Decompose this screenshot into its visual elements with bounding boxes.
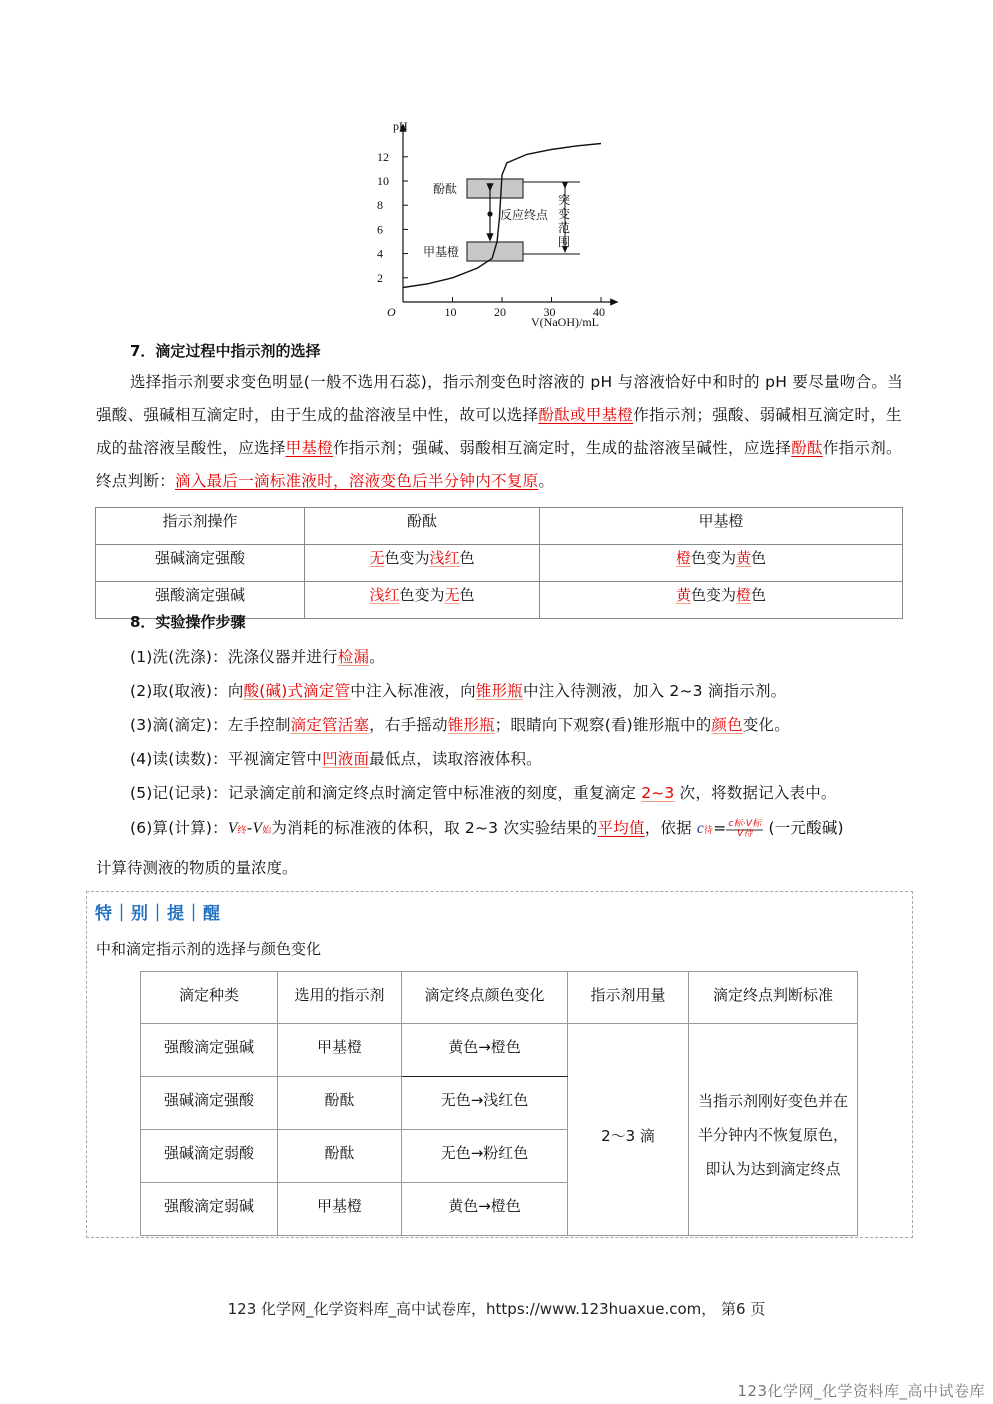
highlighted-text: 滴定管活塞 (291, 716, 370, 734)
special-reminder-title: 特｜别｜提｜醒 (95, 899, 221, 924)
table-header-cell: 滴定终点颜色变化 (402, 972, 568, 1024)
step-6: (6)算(计算)：V终-V始为消耗的标准液的体积，取 2~3 次实验结果的平均值… (130, 816, 844, 839)
step-3: (3)滴(滴定)：左手控制滴定管活塞，右手摇动锥形瓶；眼睛向下观察(看)锥形瓶中… (130, 713, 790, 735)
section-7-heading: 7．滴定过程中指示剂的选择 (130, 340, 320, 361)
highlighted-text: 凹液面 (322, 750, 369, 768)
phenolphthalein-range-box (467, 179, 523, 198)
step-1: (1)洗(洗涤)：洗涤仪器并进行检漏。 (130, 645, 385, 667)
svg-text:10: 10 (445, 305, 457, 319)
highlighted-text: 甲基橙 (286, 439, 333, 457)
color-change-cell: 无色→粉红色 (402, 1130, 568, 1183)
table-header-cell: 选用的指示剂 (278, 972, 402, 1024)
step-4: (4)读(读数)：平视滴定管中凹液面最低点，读取溶液体积。 (130, 747, 542, 769)
operation-cell: 强碱滴定强酸 (96, 545, 305, 582)
indicator-cell: 酚酞 (278, 1130, 402, 1183)
highlighted-text: 锥形瓶 (448, 716, 495, 734)
indicator-selection-table: 滴定种类 选用的指示剂 滴定终点颜色变化 指示剂用量 滴定终点判断标准 强酸滴定… (140, 971, 858, 1236)
svg-text:2: 2 (377, 271, 383, 285)
criterion-cell: 当指示剂刚好变色并在半分钟内不恢复原色，即认为达到滴定终点 (689, 1024, 858, 1236)
table-header-row: 滴定种类 选用的指示剂 滴定终点颜色变化 指示剂用量 滴定终点判断标准 (141, 972, 858, 1024)
titration-curve-chart: 24681012 O10203040 pH V(NaOH)/mL 酚酞甲基橙反应… (365, 112, 620, 330)
titration-type-cell: 强酸滴定强碱 (141, 1024, 278, 1077)
highlight-average: 平均值 (598, 819, 645, 837)
svg-text:4: 4 (377, 247, 383, 261)
step-5: (5)记(记录)：记录滴定前和滴定终点时滴定管中标准液的刻度，重复滴定 2~3 … (130, 781, 837, 803)
titration-type-cell: 强碱滴定弱酸 (141, 1130, 278, 1183)
svg-text:酚酞: 酚酞 (433, 181, 457, 196)
watermark: 123化学网_化学资料库_高中试卷库 (737, 1380, 985, 1401)
svg-text:6: 6 (377, 222, 383, 236)
highlighted-text: 浅红 (369, 586, 399, 604)
x-axis-label: V(NaOH)/mL (531, 315, 599, 329)
indicator-color-table: 指示剂操作 酚酞 甲基橙 强碱滴定强酸 无色变为浅红色 橙色变为黄色 强酸滴定强… (95, 507, 903, 619)
page-footer: 123 化学网_化学资料库_高中试卷库，https://www.123huaxu… (0, 1298, 993, 1319)
svg-text:10: 10 (377, 174, 389, 188)
svg-text:12: 12 (377, 150, 389, 164)
indicator-cell: 甲基橙 (278, 1183, 402, 1236)
svg-text:范: 范 (558, 221, 570, 235)
table-row: 强碱滴定强酸 无色变为浅红色 橙色变为黄色 (96, 545, 903, 582)
color-change-cell: 黄色→橙色 (402, 1183, 568, 1236)
methyl-orange-range-box (467, 242, 523, 261)
color-change-cell: 黄色→橙色 (402, 1024, 568, 1077)
highlighted-text: 酚酞 (791, 439, 823, 457)
table-header-cell: 酚酞 (305, 508, 540, 545)
table-header-cell: 指示剂用量 (568, 972, 689, 1024)
dosage-cell: 2～3 滴 (568, 1024, 689, 1236)
highlighted-text: 橙 (676, 549, 691, 567)
phenolphthalein-cell: 浅红色变为无色 (305, 582, 540, 619)
table-header-cell: 滴定种类 (141, 972, 278, 1024)
svg-text:O: O (387, 305, 396, 319)
svg-text:20: 20 (494, 305, 506, 319)
methyl-orange-cell: 橙色变为黄色 (540, 545, 903, 582)
table-header-row: 指示剂操作 酚酞 甲基橙 (96, 508, 903, 545)
highlighted-text: 酸(碱)式滴定管 (244, 682, 351, 700)
highlighted-text: 浅红 (430, 549, 460, 567)
highlighted-text: 2~3 (641, 784, 674, 802)
methyl-orange-cell: 黄色变为橙色 (540, 582, 903, 619)
phenolphthalein-cell: 无色变为浅红色 (305, 545, 540, 582)
step-6-continuation: 计算待测液的物质的量浓度。 (96, 856, 298, 878)
titration-curve-svg: 24681012 O10203040 pH V(NaOH)/mL 酚酞甲基橙反应… (365, 112, 620, 330)
highlighted-text: 滴入最后一滴标准液时，溶液变色后半分钟内不复原 (175, 472, 538, 490)
table-header-cell: 滴定终点判断标准 (689, 972, 858, 1024)
highlighted-text: 无 (369, 549, 384, 567)
y-axis-label: pH (393, 119, 408, 133)
titration-type-cell: 强酸滴定弱碱 (141, 1183, 278, 1236)
endpoint-dot (487, 211, 492, 216)
highlighted-text: 橙 (736, 586, 751, 604)
special-reminder-subtitle: 中和滴定指示剂的选择与颜色变化 (96, 938, 321, 959)
highlighted-text: 黄 (676, 586, 691, 604)
table-header-cell: 甲基橙 (540, 508, 903, 545)
step-2: (2)取(取液)：向酸(碱)式滴定管中注入标准液，向锥形瓶中注入待测液，加入 2… (130, 679, 786, 701)
svg-text:突: 突 (558, 193, 570, 207)
titration-type-cell: 强碱滴定强酸 (141, 1077, 278, 1130)
section-7-paragraph: 选择指示剂要求变色明显(一般不选用石蕊)，指示剂变色时溶液的 pH 与溶液恰好中… (96, 366, 906, 498)
svg-text:反应终点: 反应终点 (500, 207, 549, 222)
svg-text:变: 变 (558, 206, 570, 221)
section-8-heading: 8．实验操作步骤 (130, 611, 245, 632)
svg-text:8: 8 (377, 198, 383, 212)
table-row: 强酸滴定强碱 甲基橙 黄色→橙色 2～3 滴 当指示剂刚好变色并在半分钟内不恢复… (141, 1024, 858, 1077)
highlighted-text: 锥形瓶 (476, 682, 523, 700)
svg-text:甲基橙: 甲基橙 (423, 244, 459, 259)
highlighted-text: 无 (445, 586, 460, 604)
indicator-cell: 甲基橙 (278, 1024, 402, 1077)
highlighted-text: 酚酞或甲基橙 (538, 406, 633, 424)
highlighted-text: 黄 (736, 549, 751, 567)
table-header-cell: 指示剂操作 (96, 508, 305, 545)
highlighted-text: 颜色 (711, 716, 742, 734)
concentration-formula: c标·V标V待 (726, 819, 763, 839)
color-change-cell: 无色→浅红色 (402, 1077, 568, 1130)
svg-text:围: 围 (558, 235, 570, 249)
highlighted-text: 检漏 (338, 648, 369, 666)
indicator-cell: 酚酞 (278, 1077, 402, 1130)
